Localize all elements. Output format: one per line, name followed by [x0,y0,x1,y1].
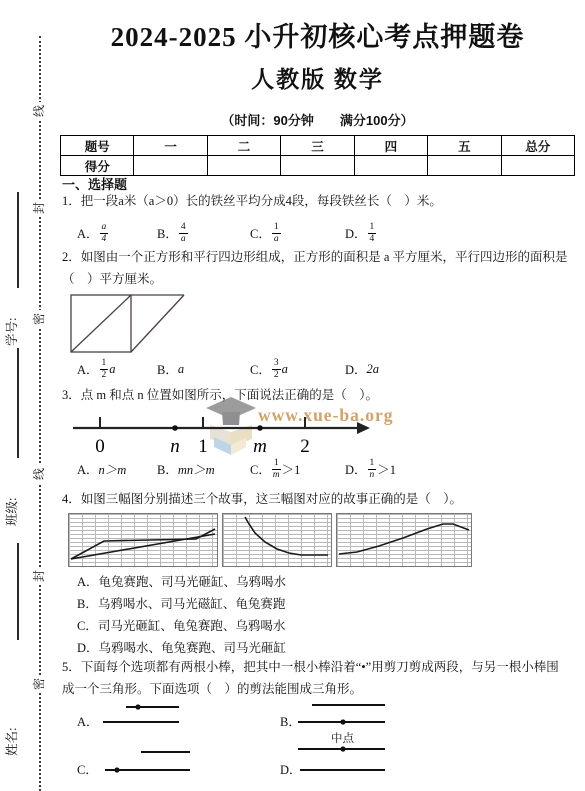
seal-char-mi: 密 [33,675,46,693]
arrowhead-icon [357,422,370,434]
question-2-text-line1: 2．如图由一个正方形和平行四边形组成，正方形的面积是 a 平方厘米，平行四边形的… [62,250,568,265]
fraction: 14 [368,222,377,244]
score-cell-empty [207,156,280,176]
q3-option-a: A． n＞m [77,456,126,482]
q1-option-b: B． 4a [157,220,189,246]
q2-option-d: D． 2a [345,356,379,382]
student-id-blank-line [17,192,19,288]
q4-option-a: A．龟兔赛跑、司马光砸缸、乌鸦喝水 [77,575,286,590]
question-1-text: 1．把一段a米（a＞0）长的铁丝平均分成4段，每段铁丝长（ ）米。 [62,194,442,209]
fraction: 1m [272,458,281,480]
q5-sticks-d [296,742,388,778]
score-cell-empty [428,156,501,176]
number-line-figure: 0 n 1 m 2 [73,406,375,456]
q3-option-c: C． 1m ＞1 [250,456,300,482]
tick-label-2: 2 [300,436,310,456]
score-cell: 一 [134,136,207,156]
fraction: 1n [368,458,377,480]
exam-paper-page: www.xue-ba.org 2024-2025 小升初核心考点押题卷 人教版 … [0,0,585,791]
option-value: n＞m [99,460,127,478]
fraction: 12 [100,358,109,380]
score-cell-empty [281,156,354,176]
seal-char-mi: 密 [33,310,46,328]
option-label: D． [345,224,367,242]
option-label: B． [157,460,178,478]
name-label: 姓名: [2,728,20,756]
fraction: 32 [272,358,281,380]
point-n-dot [172,425,178,431]
score-table-header-row: 题号 一 二 三 四 五 总分 [61,136,575,156]
content-area: 2024-2025 小升初核心考点押题卷 人教版 数学 （时间：90分钟 满分1… [0,0,585,791]
option-value: mn＞m [178,460,215,478]
fraction: a4 [100,222,109,244]
q3-option-b: B． mn＞m [157,456,215,482]
score-cell-empty [354,156,427,176]
option-label: C． [250,460,271,478]
student-id-label: 学号: [2,318,20,346]
point-m-dot [257,425,263,431]
option-label: A． [77,460,99,478]
q4-option-b: B．乌鸦喝水、司马光磁缸、龟兔赛跑 [77,597,285,612]
seal-char-xian: 线 [33,465,46,483]
score-cell: 三 [281,136,354,156]
score-table: 题号 一 二 三 四 五 总分 得分 [60,135,575,176]
question-5-text-line2: 成一个三角形。下面选项（ ）的剪法能围成三角形。 [62,682,362,697]
option-label: A． [77,360,99,378]
q2-option-b: B． a [157,356,184,382]
score-cell: 得分 [61,156,134,176]
option-label: A． [77,224,99,242]
score-cell: 五 [428,136,501,156]
q1-option-a: A． a4 [77,220,109,246]
seal-char-feng: 封 [33,567,46,585]
paper-subtitle: 人教版 数学 [60,66,575,94]
tick-label-1: 1 [198,436,208,456]
question-5-text-line1: 5．下面每个选项都有两根小棒，把其中一根小棒沿着“•”用剪刀剪成两段，与另一根小… [62,660,559,675]
option-value: ＞1 [282,460,301,478]
option-label: C． [250,224,271,242]
point-label-n: n [170,436,180,456]
score-table-score-row: 得分 [61,156,575,176]
q5-sticks-b [296,698,388,728]
question-3-text: 3．点 m 和点 n 位置如图所示，下面说法正确的是（ ）。 [62,388,378,403]
story-chart-crow-drinking [336,513,472,567]
seal-char-xian: 线 [33,102,46,120]
class-label: 班级: [2,498,20,526]
question-4-text: 4．如图三幅图分别描述三个故事，这三幅图对应的故事正确的是（ ）。 [62,492,462,507]
tick-label-0: 0 [95,436,105,456]
q2-option-a: A． 12 a [77,356,116,382]
q5-sticks-c [93,745,197,781]
q4-option-c: C．司马光砸缸、龟兔赛跑、乌鸦喝水 [77,619,285,634]
option-value: 2a [367,362,380,377]
option-label: B． [157,360,178,378]
q1-option-c: C． 1a [250,220,282,246]
fraction: 1a [272,222,281,244]
fraction: 4a [179,222,188,244]
story-chart-tortoise-hare [68,513,218,567]
score-cell: 四 [354,136,427,156]
option-value: ＞1 [377,460,396,478]
q3-option-d: D． 1n ＞1 [345,456,396,482]
score-cell-empty [501,156,574,176]
q2-option-c: C． 32 a [250,356,288,382]
square-parallelogram-figure [70,293,188,355]
option-value: a [178,362,184,377]
score-cell: 二 [207,136,280,156]
option-label: B． [157,224,178,242]
option-value: a [282,362,288,377]
option-label: D． [345,460,367,478]
question-2-text-line2: （ ）平方厘米。 [62,272,162,287]
option-label: C． [250,360,271,378]
score-cell: 总分 [501,136,574,156]
class-blank-line [17,348,19,458]
q1-option-d: D． 14 [345,220,377,246]
story-chart-vat-smash [222,513,332,567]
score-cell: 题号 [61,136,134,156]
q4-option-d: D．乌鸦喝水、龟兔赛跑、司马光砸缸 [77,641,286,656]
paper-title: 2024-2025 小升初核心考点押题卷 [60,21,575,53]
point-label-m: m [253,436,267,456]
option-value: a [109,362,115,377]
seal-char-feng: 封 [33,199,46,217]
time-score-line: （时间：90分钟 满分100分） [60,113,575,129]
score-cell-empty [134,156,207,176]
section-heading: 一、选择题 [62,177,127,193]
name-blank-line [17,543,19,640]
option-label: D． [345,360,367,378]
q5-sticks-a [93,700,185,730]
